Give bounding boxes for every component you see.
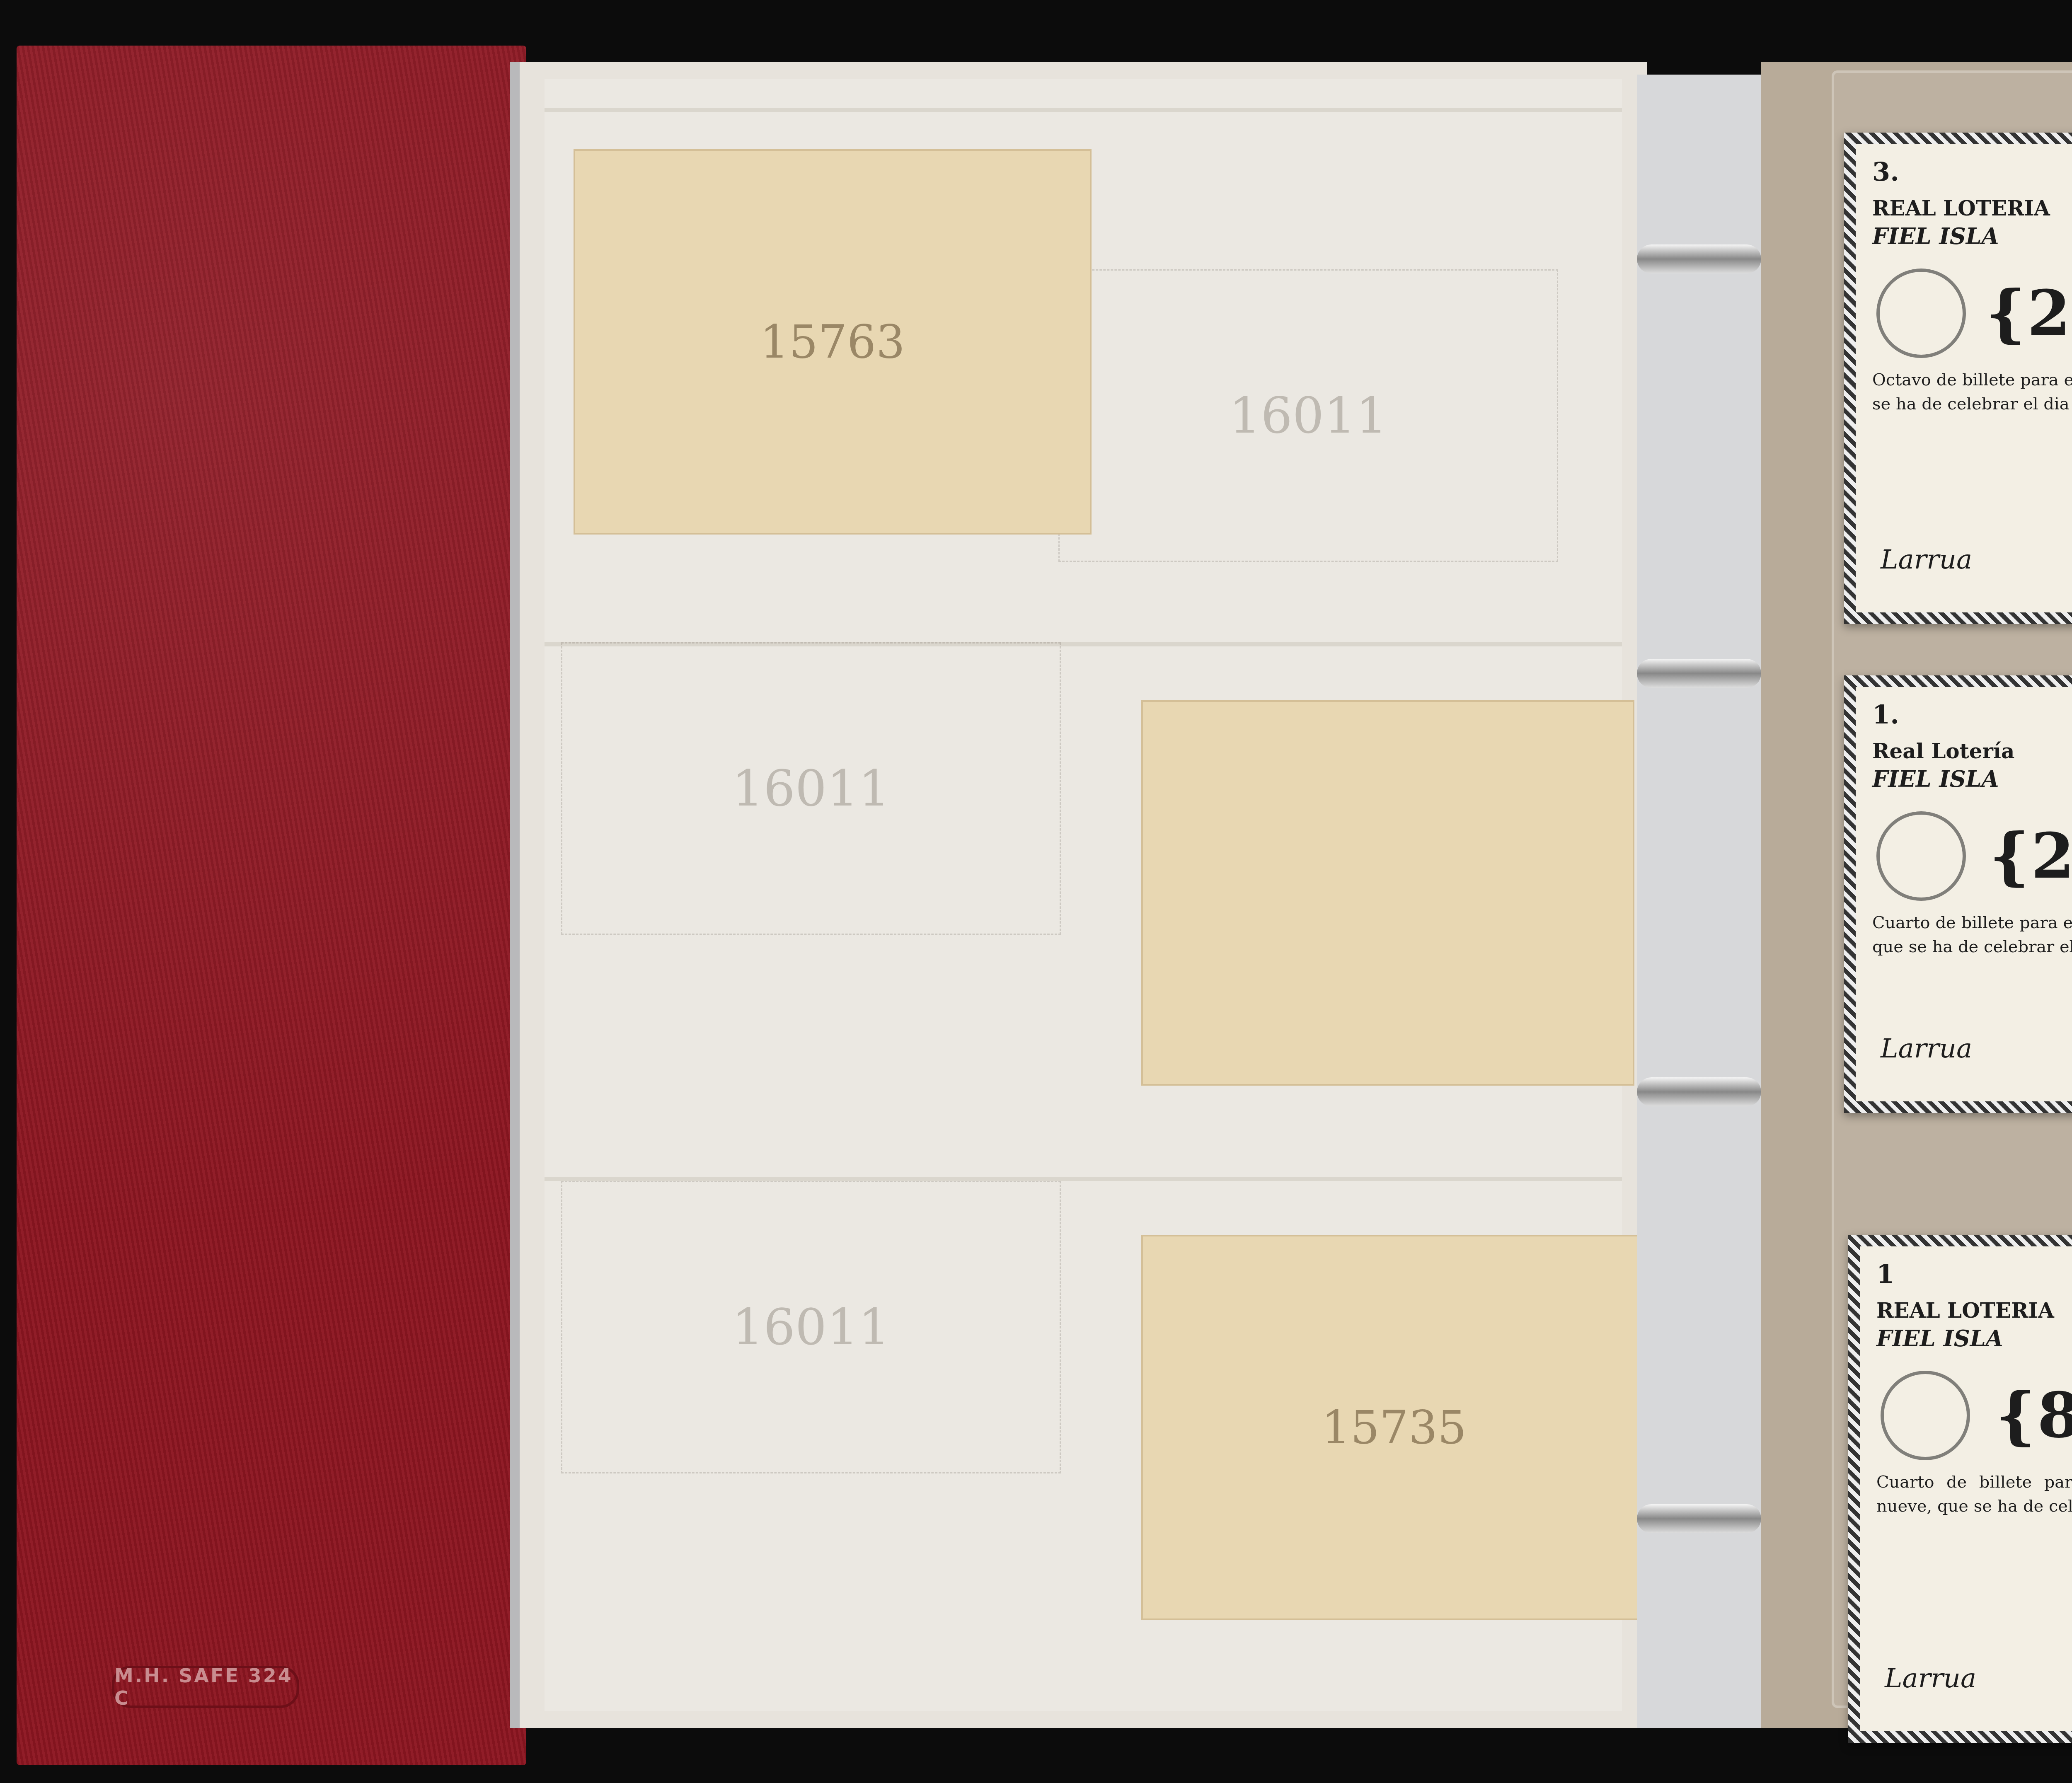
ticket-title-left: Real Lotería xyxy=(1872,739,2014,763)
ticket-signature: Larrua xyxy=(1885,1663,1976,1694)
left-album-page: 16011 16011 16011 15763 15735 xyxy=(510,62,1647,1728)
old-ticket-back: 15763 xyxy=(574,149,1092,535)
binder-ring xyxy=(1637,244,1761,273)
binder-ring xyxy=(1637,1504,1761,1533)
ticket-number: {8141} xyxy=(1860,1379,2072,1452)
old-ticket-back: 15735 xyxy=(1141,1235,1647,1620)
ticket-title-left: REAL LOTERIA xyxy=(1872,196,2050,220)
ticket-description: Cuarto de billete para el sorteo trescie… xyxy=(1876,1470,2072,1518)
ticket-serie: 1. xyxy=(1872,699,1899,730)
ticket-serie: 3. xyxy=(1872,157,1899,187)
cover-maker-stamp: M.H. SAFE 324 C xyxy=(112,1666,299,1708)
binder-rings xyxy=(1637,75,1761,1728)
ticket-description: Cuarto de billete para el sorteo trescie… xyxy=(1872,911,2072,959)
ticket-title-left: REAL LOTERIA xyxy=(1876,1298,2054,1323)
ticket-serie: 1 xyxy=(1876,1259,1894,1289)
ghost-ticket: 16011 xyxy=(1058,269,1558,562)
ticket-title-left-2: FIEL ISLA xyxy=(1876,1325,2003,1352)
lottery-ticket: 1 369. REAL LOTERIA FIEL ISLA DE LA SIEM… xyxy=(1848,1235,2072,1743)
album-cover: M.H. SAFE 324 C xyxy=(17,46,526,1765)
ticket-signature: Larrua xyxy=(1881,1033,1972,1064)
right-album-page: 3. 367. REAL LOTERIA FIEL ISLA DE LA SIE… xyxy=(1761,62,2072,1728)
ticket-title-left-2: FIEL ISLA xyxy=(1872,766,1999,792)
ticket-number: {2090} xyxy=(1856,820,2072,893)
ticket-signature: Larrua xyxy=(1881,544,1972,575)
lottery-ticket: 1. 368. Real Lotería FIEL ISLA de la sie… xyxy=(1844,675,2072,1113)
ticket-number: {21690} xyxy=(1856,277,2072,350)
ticket-title-left-2: FIEL ISLA xyxy=(1872,223,1999,249)
ghost-ticket: 16011 xyxy=(561,642,1061,935)
binder-ring xyxy=(1637,1077,1761,1106)
binder-ring xyxy=(1637,659,1761,688)
ghost-ticket: 16011 xyxy=(561,1181,1061,1473)
old-ticket-back xyxy=(1141,700,1634,1086)
lottery-ticket: 3. 367. REAL LOTERIA FIEL ISLA DE LA SIE… xyxy=(1844,133,2072,624)
ticket-description: Octavo de billete para el sorteo trescie… xyxy=(1872,368,2072,416)
